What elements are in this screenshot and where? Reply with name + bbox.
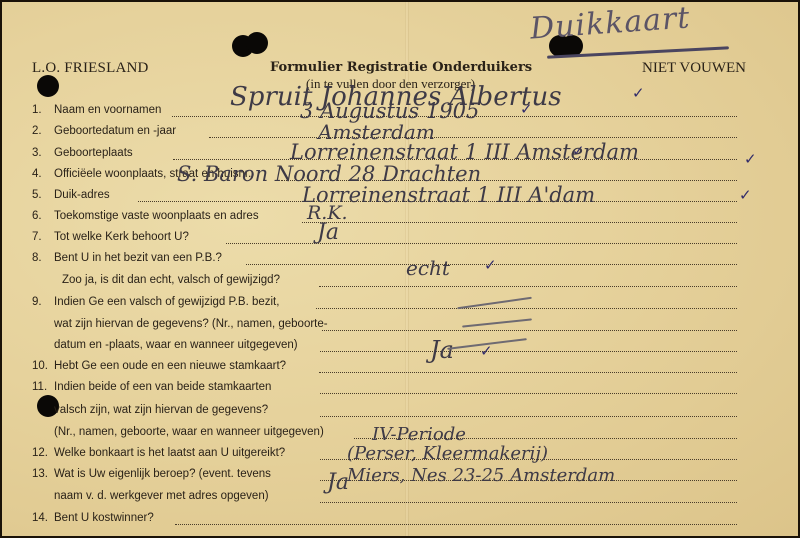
answer-line (320, 502, 737, 503)
question-number: 13. (32, 468, 52, 480)
question-label: datum en -plaats, waar en wanneer uitgeg… (54, 339, 298, 351)
punch-hole (37, 75, 59, 97)
question-number: 6. (32, 210, 52, 222)
answer-line (320, 351, 737, 352)
question-label: Duik-adres (54, 189, 110, 201)
do-not-fold-notice: NIET VOUWEN (642, 60, 746, 77)
answer-line (209, 137, 737, 138)
question-number: 2. (32, 125, 52, 137)
pencil-strike (462, 318, 532, 327)
handwritten-answer: IV-Periode (372, 424, 466, 445)
answer-line (316, 308, 737, 309)
registration-form-card: Duikkaart L.O. FRIESLAND Formulier Regis… (2, 2, 798, 536)
question-number: 5. (32, 189, 52, 201)
question-number: 7. (32, 231, 52, 243)
answer-line (175, 524, 737, 525)
question-label: Toekomstige vaste woonplaats en adres (54, 210, 259, 222)
handwritten-answer: Ja (317, 220, 339, 245)
check-mark-icon: ✓ (484, 256, 497, 274)
question-number: 14. (32, 512, 52, 524)
handwritten-answer: Lorreinenstraat 1 III Amsterdam (290, 140, 639, 164)
question-label: Welke bonkaart is het laatst aan U uitge… (54, 447, 285, 459)
handwritten-answer: (Perser, Kleermakerij) (347, 443, 548, 464)
question-label: Geboorteplaats (54, 147, 133, 159)
question-number: 12. (32, 447, 52, 459)
question-label: Zoo ja, is dit dan echt, valsch of gewij… (62, 274, 280, 286)
question-label: Bent U kostwinner? (54, 512, 154, 524)
question-label: wat zijn hiervan de gegevens? (Nr., name… (54, 318, 328, 330)
answer-line (302, 222, 737, 223)
question-label: Tot welke Kerk behoort U? (54, 231, 189, 243)
check-mark-icon: ✓ (744, 150, 757, 168)
check-mark-icon: ✓ (739, 186, 752, 204)
question-number: 11. (32, 381, 52, 393)
answer-line (320, 416, 737, 417)
question-label: Bent U in het bezit van een P.B.? (54, 252, 222, 264)
question-number: 3. (32, 147, 52, 159)
question-number: 10. (32, 360, 52, 372)
punch-hole (246, 32, 268, 54)
question-label: Indien beide of een van beide stamkaarte… (54, 381, 271, 393)
answer-line (226, 243, 737, 244)
question-label: Hebt Ge een oude en een nieuwe stamkaart… (54, 360, 286, 372)
question-label: valsch zijn, wat zijn hiervan de gegeven… (54, 404, 268, 416)
question-label: Indien Ge een valsch of gewijzigd P.B. b… (54, 296, 279, 308)
answer-line (319, 286, 737, 287)
answer-line (322, 330, 737, 331)
check-mark-icon: ✓ (632, 84, 645, 102)
pencil-strike (457, 297, 531, 309)
form-title: Formulier Registratie Onderduikers (270, 60, 532, 75)
question-label: Geboortedatum en -jaar (54, 125, 176, 137)
answer-line (320, 393, 737, 394)
handwritten-answer: echt (406, 256, 450, 280)
question-number: 8. (32, 252, 52, 264)
handwritten-answer: Miers, Nes 23-25 Amsterdam (347, 465, 615, 486)
question-label: Naam en voornamen (54, 104, 161, 116)
organization-name: L.O. FRIESLAND (32, 60, 149, 77)
duikkaart-handwritten-title: Duikkaart (529, 2, 692, 47)
handwritten-answer: Ja (327, 470, 349, 495)
question-label: (Nr., namen, geboorte, waar en wanneer u… (54, 426, 324, 438)
question-label: naam v. d. werkgever met adres opgeven) (54, 490, 269, 502)
question-number: 4. (32, 168, 52, 180)
answer-line (319, 372, 737, 373)
handwritten-answer: Ja (430, 336, 454, 364)
question-number: 9. (32, 296, 52, 308)
check-mark-icon: ✓ (520, 100, 533, 118)
question-label: Wat is Uw eigenlijk beroep? (event. teve… (54, 468, 271, 480)
question-number: 1. (32, 104, 52, 116)
